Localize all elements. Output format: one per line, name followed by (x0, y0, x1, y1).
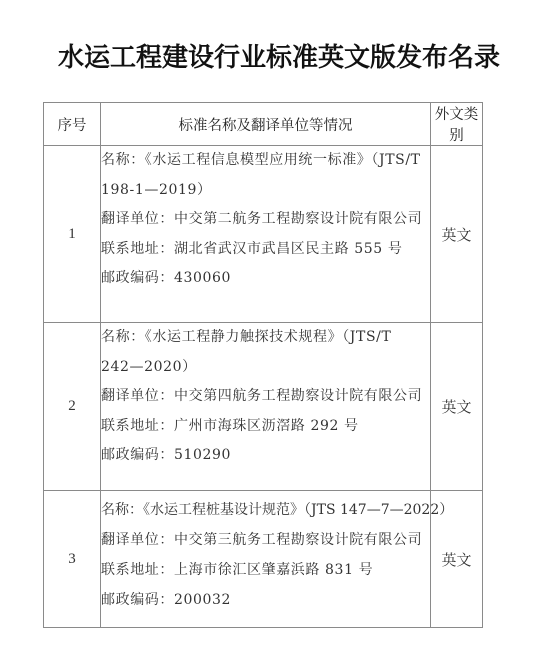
row-details: 名称：《水运工程静力触探技术规程》（JTS/T 242—2020） 翻译单位：中… (101, 323, 431, 491)
translator-unit: 翻译单位：中交第四航务工程勘察设计院有限公司 (101, 382, 430, 412)
table-header-row: 序号 标准名称及翻译单位等情况 外文类别 (44, 103, 483, 146)
document-title: 水运工程建设行业标准英文版发布名录 (0, 40, 558, 76)
header-details: 标准名称及翻译单位等情况 (101, 103, 431, 146)
standard-code: 242—2020） (101, 353, 430, 383)
translator-unit: 翻译单位：中交第三航务工程勘察设计院有限公司 (101, 525, 430, 555)
standard-code: 198-1—2019） (101, 176, 430, 206)
row-seq: 2 (44, 323, 101, 491)
postal-code: 邮政编码：510290 (101, 441, 430, 471)
standard-name: 名称：《水运工程静力触探技术规程》（JTS/T (101, 323, 430, 353)
standard-name: 名称：《水运工程信息模型应用统一标准》（JTS/T (101, 146, 430, 176)
table-row: 1 名称：《水运工程信息模型应用统一标准》（JTS/T 198-1—2019） … (44, 146, 483, 323)
table-row: 3 名称：《水运工程桩基设计规范》（JTS 147—7—2022） 翻译单位：中… (44, 491, 483, 628)
row-language: 英文 (431, 323, 483, 491)
contact-address: 联系地址：广州市海珠区沥滘路 292 号 (101, 412, 430, 442)
header-seq: 序号 (44, 103, 101, 146)
standards-table: 序号 标准名称及翻译单位等情况 外文类别 1 名称：《水运工程信息模型应用统一标… (43, 102, 483, 628)
row-seq: 3 (44, 491, 101, 628)
contact-address: 联系地址：湖北省武汉市武昌区民主路 555 号 (101, 235, 430, 265)
contact-address: 联系地址：上海市徐汇区肇嘉浜路 831 号 (101, 555, 430, 585)
translator-unit: 翻译单位：中交第二航务工程勘察设计院有限公司 (101, 205, 430, 235)
row-language: 英文 (431, 146, 483, 323)
row-seq: 1 (44, 146, 101, 323)
standard-name: 名称：《水运工程桩基设计规范》（JTS 147—7—2022） (101, 495, 430, 525)
row-details: 名称：《水运工程信息模型应用统一标准》（JTS/T 198-1—2019） 翻译… (101, 146, 431, 323)
header-language: 外文类别 (431, 103, 483, 146)
row-details: 名称：《水运工程桩基设计规范》（JTS 147—7—2022） 翻译单位：中交第… (101, 491, 431, 628)
postal-code: 邮政编码：430060 (101, 264, 430, 294)
table-row: 2 名称：《水运工程静力触探技术规程》（JTS/T 242—2020） 翻译单位… (44, 323, 483, 491)
postal-code: 邮政编码：200032 (101, 585, 430, 615)
